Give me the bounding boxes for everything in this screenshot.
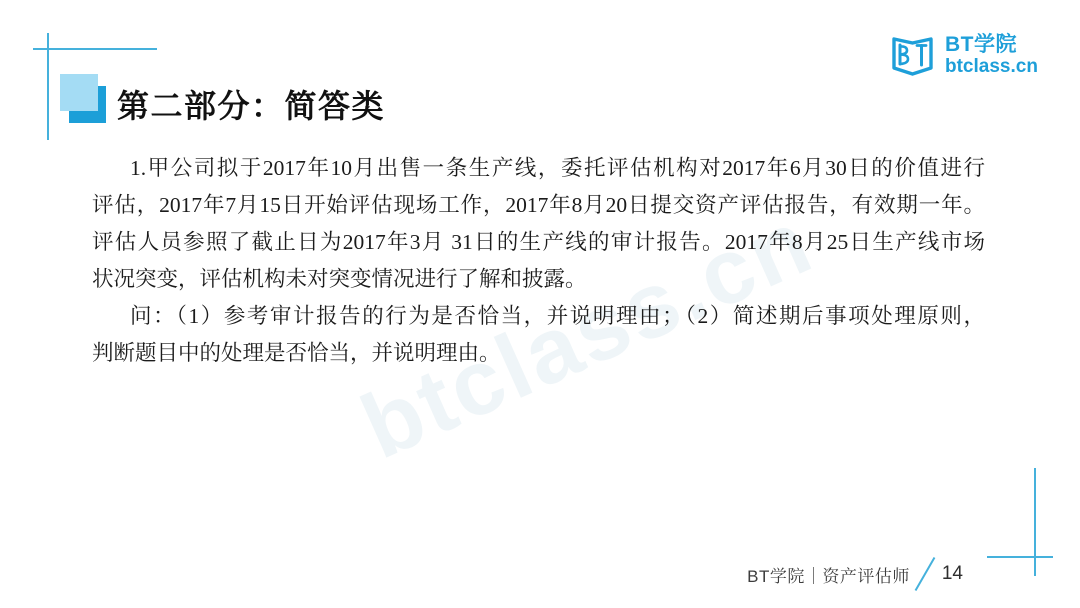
question-line: 评估，2017年7月15日开始评估现场工作，2017年8月20日提交资产评估报告… — [92, 187, 985, 224]
footer-slash-decoration — [914, 557, 935, 591]
page-title: 第二部分：简答类 — [117, 81, 385, 127]
title-square-light — [60, 74, 98, 111]
crosshair-decoration-top-left-horizontal — [33, 48, 157, 50]
question-line: 判断题目中的处理是否恰当，并说明理由。 — [92, 335, 985, 372]
open-book-bt-icon — [890, 32, 936, 78]
crosshair-decoration-bottom-right-vertical — [1034, 468, 1036, 576]
crosshair-decoration-bottom-right-horizontal — [987, 556, 1053, 558]
footer-brand-label: BT学院｜资产评估师 — [747, 562, 910, 587]
footer: BT学院｜资产评估师 14 — [747, 558, 963, 590]
question-line: 1.甲公司拟于2017年10月出售一条生产线，委托评估机构对2017年6月30日… — [92, 150, 985, 187]
brand-name: BT学院 — [945, 33, 1038, 56]
question-line: 状况突变，评估机构未对突变情况进行了解和披露。 — [92, 261, 985, 298]
page-number: 14 — [942, 563, 963, 585]
brand-domain: btclass.cn — [945, 56, 1038, 77]
brand-logo: BT学院 btclass.cn — [890, 32, 1038, 78]
slide: BT学院 btclass.cn 第二部分：简答类 btclass.cn 1.甲公… — [0, 0, 1080, 608]
question-text-block: 1.甲公司拟于2017年10月出售一条生产线，委托评估机构对2017年6月30日… — [92, 150, 985, 372]
title-layered-squares-icon — [60, 74, 108, 124]
question-line: 问：（1）参考审计报告的行为是否恰当，并说明理由；（2）简述期后事项处理原则， — [92, 298, 985, 335]
crosshair-decoration-top-left-vertical — [47, 33, 49, 140]
question-line: 评估人员参照了截止日为2017年3月 31日的生产线的审计报告。2017年8月2… — [92, 224, 985, 261]
brand-logo-text: BT学院 btclass.cn — [945, 33, 1038, 77]
